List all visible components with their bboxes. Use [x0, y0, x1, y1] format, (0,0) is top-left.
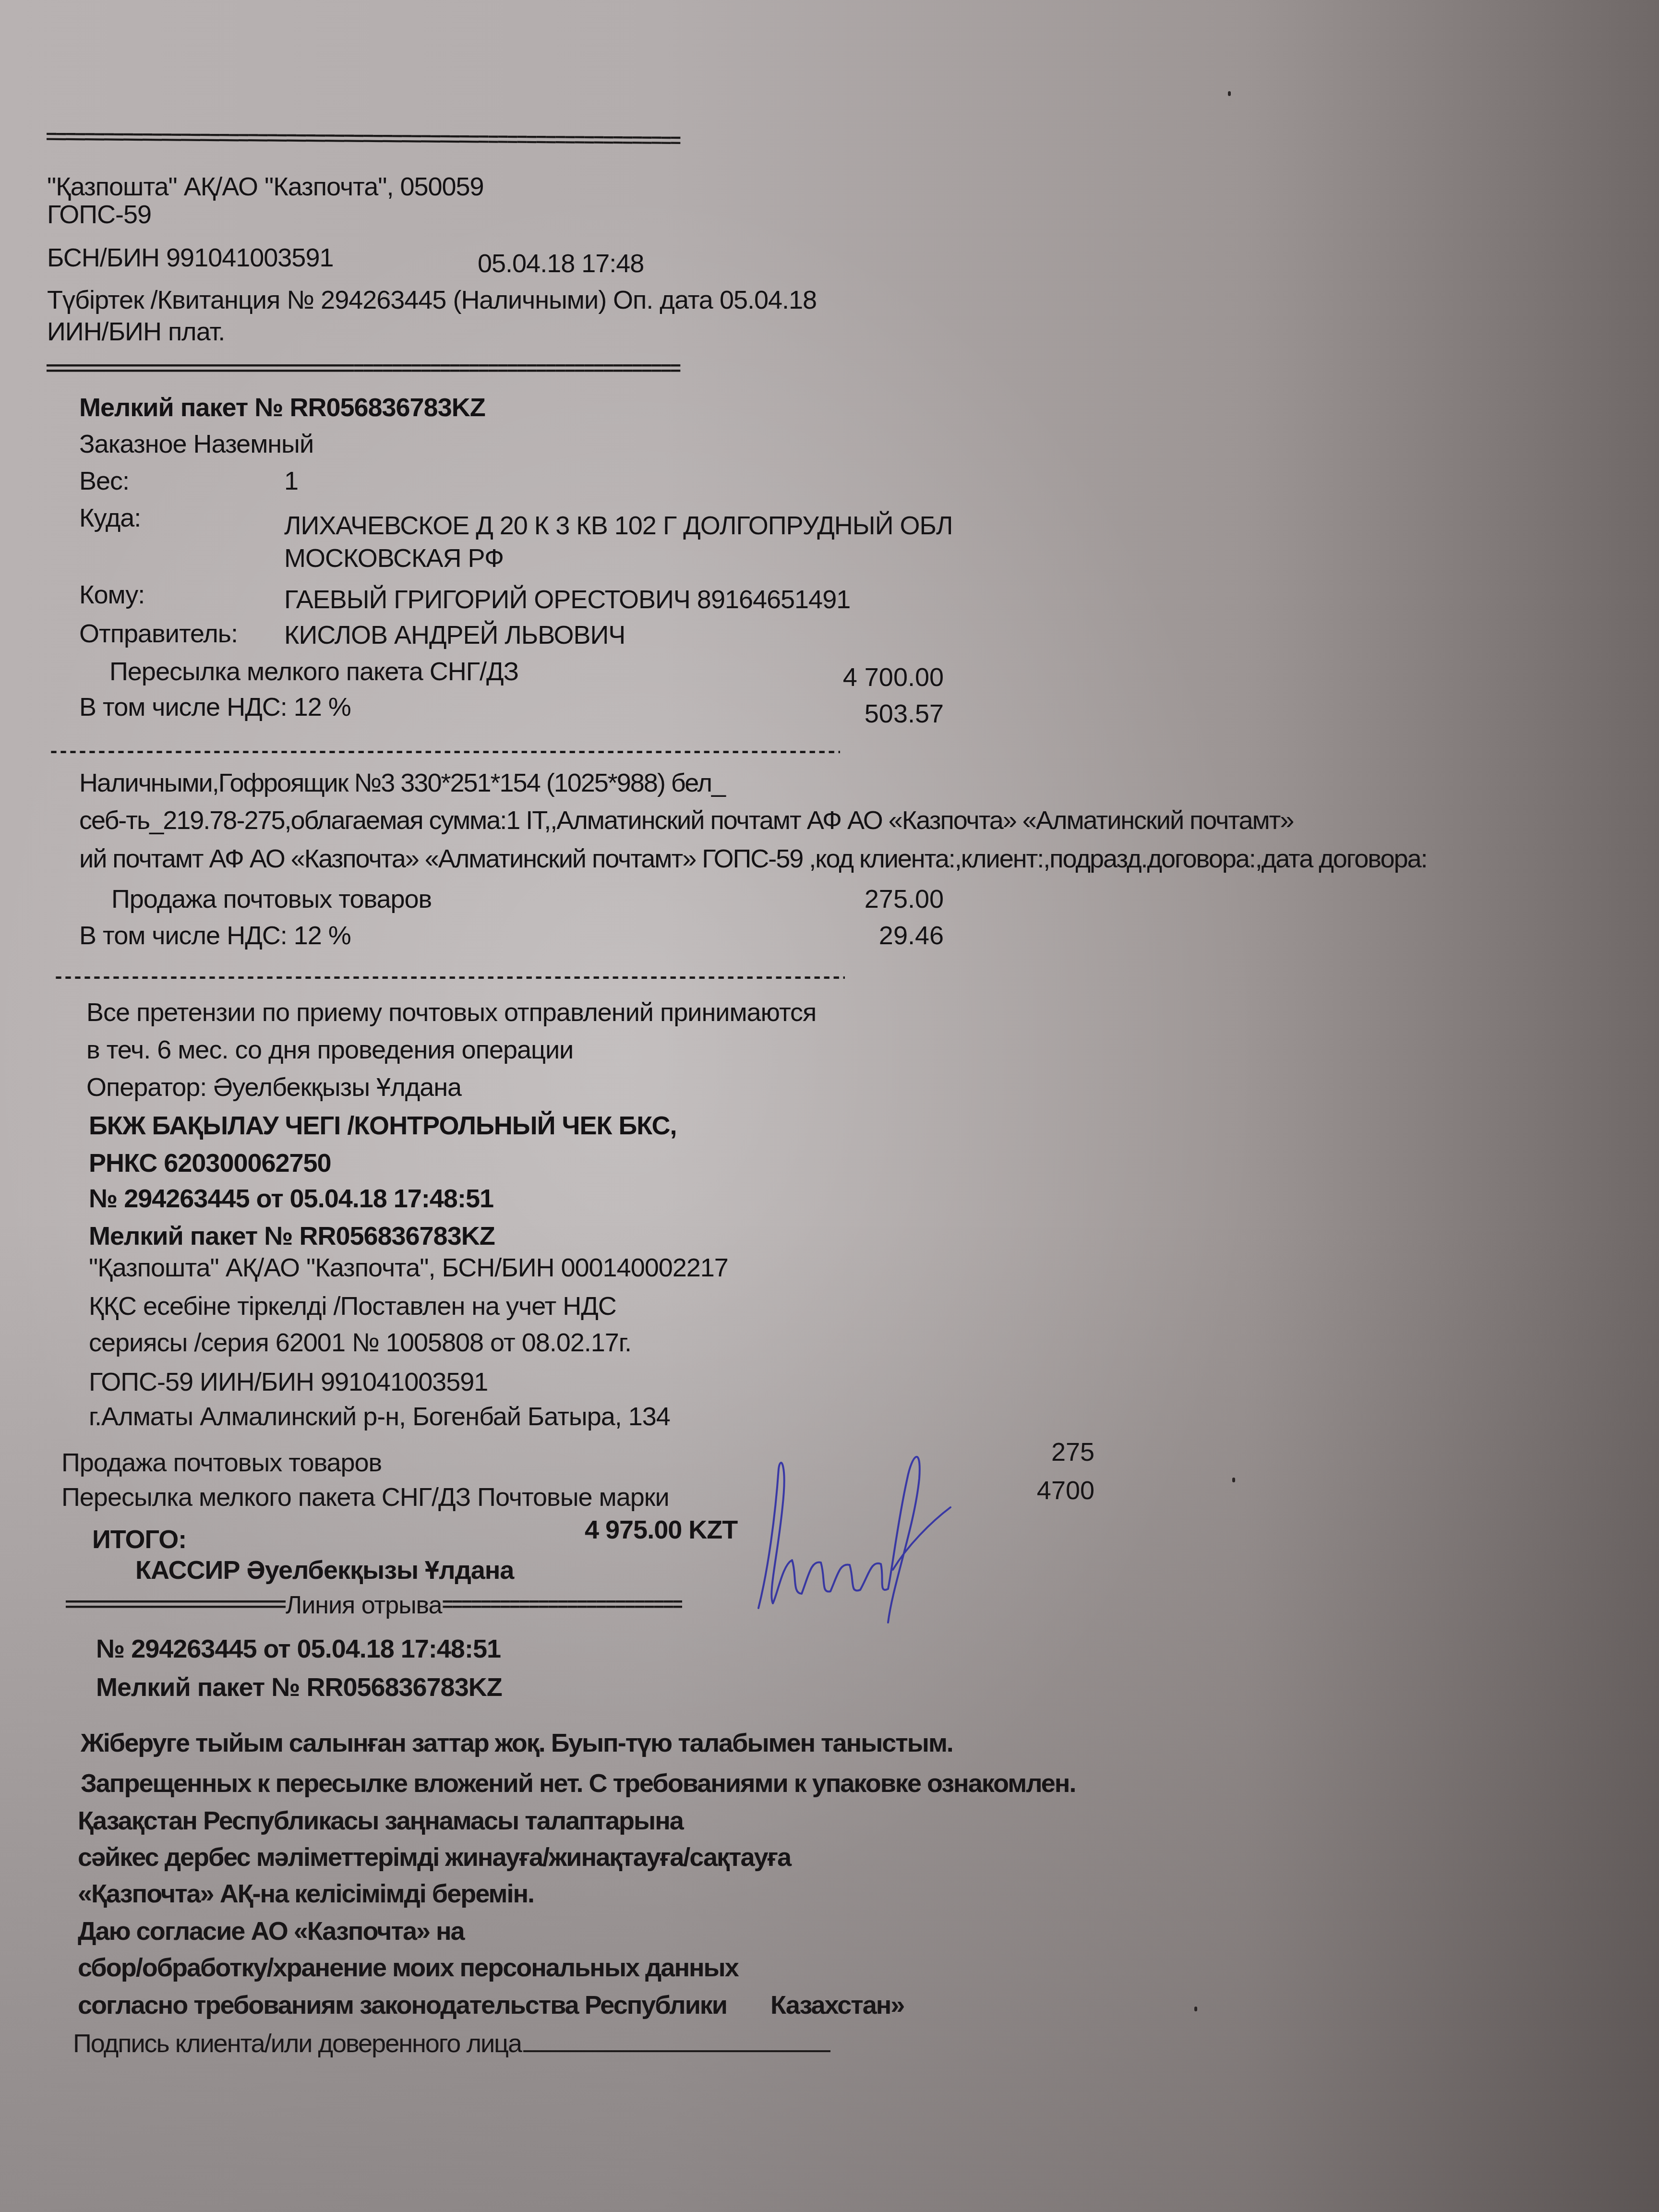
branch-iin-line: ГОПС-59 ИИН/БИН 991041003591 [89, 1369, 488, 1395]
paper-speck [1232, 1478, 1235, 1482]
parcel-type: Заказное Наземный [79, 431, 313, 457]
service-label: Пересылка мелкого пакета СНГ/ДЗ [109, 659, 518, 685]
org-line: "Қазпошта" АҚ/АО "Казпочта", 050059 [47, 174, 484, 200]
control-check-parcel: Мелкий пакет № RR056836783KZ [89, 1223, 495, 1249]
consent-line-3: Қазақстан Республикасы заңнамасы талапта… [78, 1808, 683, 1834]
cashier: КАССИР Әуелбекқызы Ұлдана [135, 1557, 514, 1583]
client-signature-line [523, 2050, 830, 2052]
check-item-amount: 4700 [1037, 1478, 1094, 1503]
goods-desc-line-3: ий почтамт АФ АО «Казпочта» «Алматинский… [79, 846, 1427, 872]
paper-speck [1194, 2007, 1197, 2011]
destination-value-line2: МОСКОВСКАЯ РФ [284, 545, 504, 571]
consent-line-4: сәйкес дербес мәліметтерімді жинауға/жин… [78, 1844, 791, 1870]
separator-goods: ----------------------------------------… [48, 743, 840, 762]
sender-value: КИСЛОВ АНДРЕЙ ЛЬВОВИЧ [284, 622, 625, 648]
series-line: сериясы /серия 62001 № 1005808 от 08.02.… [89, 1330, 631, 1356]
paper-speck [1228, 91, 1231, 96]
tear-line: =======================Линия отрыва=====… [65, 1593, 682, 1618]
total-label: ИТОГО: [92, 1527, 186, 1552]
recipient-value: ГАЕВЫЙ ГРИГОРИЙ ОРЕСТОВИЧ 89164651491 [284, 587, 850, 613]
branch: ГОПС-59 [47, 202, 151, 228]
goods-sale-label: Продажа почтовых товаров [111, 886, 432, 912]
operator: Оператор: Әуелбекқызы Ұлдана [86, 1074, 461, 1100]
goods-vat-amount: 29.46 [879, 923, 944, 949]
client-signature-label: Подпись клиента/или доверенного лица [73, 2029, 521, 2058]
consent-line-6: Даю согласие АО «Казпочта» на [78, 1918, 464, 1944]
control-check-title: БКЖ БАҚЫЛАУ ЧЕГІ /КОНТРОЛЬНЫЙ ЧЕК БКС, [89, 1113, 676, 1139]
destination-value: ЛИХАЧЕВСКОЕ Д 20 К 3 КВ 102 Г ДОЛГОПРУДН… [284, 513, 952, 539]
client-signature-field: Подпись клиента/или доверенного лица [73, 2031, 830, 2056]
sender-label: Отправитель: [79, 621, 238, 647]
check-item-label: Пересылка мелкого пакета СНГ/ДЗ Почтовые… [61, 1484, 669, 1510]
stub-number: № 294263445 от 05.04.18 17:48:51 [96, 1636, 501, 1662]
weight-value: 1 [284, 468, 298, 494]
tear-line-right: ========================= [442, 1597, 682, 1616]
payer-iin: ИИН/БИН плат. [47, 319, 225, 345]
total-amount: 4 975.00 KZT [585, 1517, 737, 1543]
destination-label: Куда: [79, 505, 141, 531]
recipient-label: Кому: [79, 582, 144, 608]
weight-label: Вес: [79, 468, 129, 494]
receipt-paper: ========================================… [0, 0, 1659, 2212]
control-check-rnks: РНКС 620300062750 [89, 1150, 331, 1176]
bin: БСН/БИН 991041003591 [47, 245, 333, 271]
service-vat-amount: 503.57 [865, 701, 944, 727]
service-amount: 4 700.00 [843, 664, 944, 690]
goods-vat-label: В том числе НДС: 12 % [79, 923, 351, 949]
claims-line-1: Все претензии по приему почтовых отправл… [86, 999, 816, 1025]
stub-parcel: Мелкий пакет № RR056836783KZ [96, 1674, 502, 1700]
consent-line-1: Жіберуге тыйым салынған заттар жоқ. Буып… [81, 1730, 953, 1756]
goods-desc-line-1: Наличными,Гофроящик №3 330*251*154 (1025… [79, 770, 725, 796]
tear-line-left: ======================= [65, 1597, 286, 1616]
company-line: "Қазпошта" АҚ/АО "Казпочта", БСН/БИН 000… [89, 1255, 728, 1281]
separator-top: ========================================… [46, 129, 1058, 155]
address-line: г.Алматы Алмалинский р-н, Богенбай Батыр… [89, 1404, 670, 1430]
goods-desc-line-2: себ-ть_219.78-275,облагаемая сумма:1 IT,… [79, 807, 1293, 833]
control-check-number: № 294263445 от 05.04.18 17:48:51 [89, 1186, 493, 1212]
consent-line-7: сбор/обработку/хранение моих персональны… [78, 1955, 738, 1981]
parcel-title: Мелкий пакет № RR056836783KZ [79, 395, 485, 421]
claims-line-2: в теч. 6 мес. со дня проведения операции [86, 1037, 573, 1063]
service-vat-label: В том числе НДС: 12 % [79, 694, 351, 720]
check-item-label: Продажа почтовых товаров [61, 1450, 382, 1476]
consent-line-8: согласно требованиям законодательства Ре… [78, 1992, 904, 2018]
receipt-number-line: Түбіртек /Квитанция № 294263445 (Наличны… [47, 287, 817, 313]
tear-line-label: Линия отрыва [286, 1591, 442, 1619]
vat-registration-line: ҚҚС есебіне тіркелді /Поставлен на учет … [89, 1293, 616, 1319]
consent-line-2: Запрещенных к пересылке вложений нет. С … [81, 1770, 1075, 1796]
header-datetime: 05.04.18 17:48 [478, 251, 644, 276]
separator-header-bottom: ========================================… [46, 361, 1058, 380]
goods-sale-amount: 275.00 [865, 886, 944, 912]
check-item-amount: 275 [1051, 1439, 1094, 1465]
consent-line-5: «Қазпочта» АҚ-на келісімімді беремін. [78, 1881, 534, 1907]
cashier-signature-icon [749, 1450, 1018, 1632]
separator-goods-bottom: ----------------------------------------… [53, 969, 845, 988]
